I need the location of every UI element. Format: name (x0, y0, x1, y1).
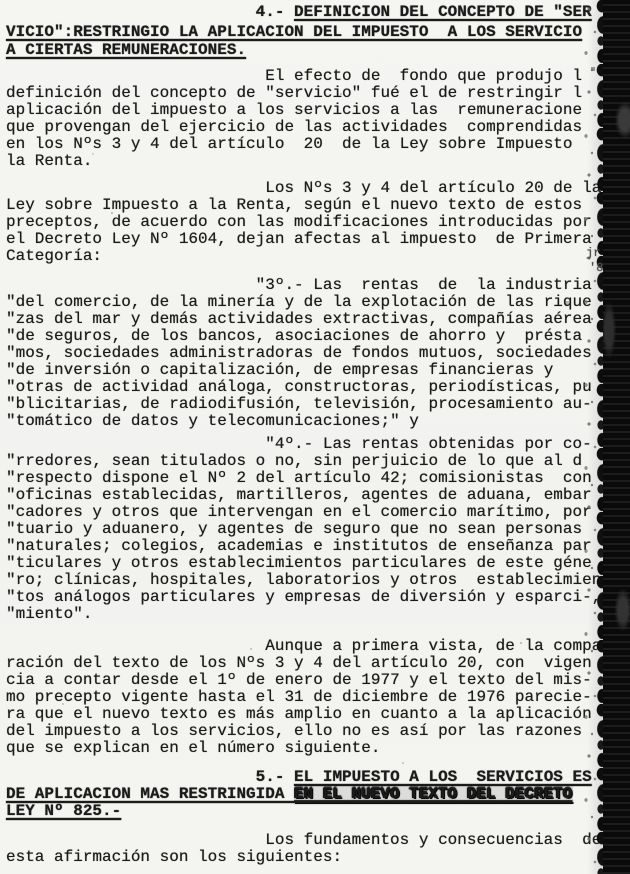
text-line: la Renta. (6, 153, 630, 170)
text-segment: aplicación del impuesto a los servicios … (6, 101, 582, 119)
text-segment: "zas del mar y demás actividades extract… (6, 310, 592, 328)
text-segment: cia a contar desde el 1º de enero de 197… (6, 671, 592, 689)
text-segment: ración del texto de los Nºs 3 y 4 del ar… (6, 654, 592, 672)
text-segment: del impuesto a los servicios, ello no es… (6, 722, 582, 740)
text-segment: mo precepto vigente hasta el 31 de dicie… (6, 688, 592, 706)
text-line: 4.- DEFINICION DEL CONCEPTO DE "SER (6, 4, 630, 21)
text-segment: 4.- (256, 3, 294, 21)
text-segment: ra que el nuevo texto es más amplio en c… (6, 705, 592, 723)
text-segment: preceptos, de acuerdo con las modificaci… (6, 213, 592, 231)
text-line: "tuario y aduanero, y agentes de seguro … (6, 521, 630, 538)
text-segment: que se explican en el número siguiente. (6, 739, 380, 757)
text-line: cia a contar desde el 1º de enero de 197… (6, 672, 630, 689)
text-segment: DE APLICACION MAS RESTRINGIDA (6, 785, 294, 803)
text-line: definición del concepto de "servicio" fu… (6, 85, 630, 102)
ink-bleed-artifact: '8 (589, 261, 603, 275)
text-segment: "tos análogos particulares y empresas de… (6, 588, 601, 606)
text-segment: EN EL NUEVO TEXTO DEL DECRETO (294, 785, 572, 803)
text-line: "tos análogos particulares y empresas de… (6, 589, 630, 606)
text-line: "rredores, sean titulados o no, sin perj… (6, 453, 630, 470)
text-line: "zas del mar y demás actividades extract… (6, 311, 630, 328)
text-line: El efecto de fondo que produjo l (6, 68, 630, 85)
text-line: "naturales; colegios, academias e instit… (6, 538, 630, 555)
text-segment: A CIERTAS REMUNERACIONES. (6, 41, 246, 59)
text-line: A CIERTAS REMUNERACIONES. (6, 42, 630, 59)
text-line: que provengan del ejercicio de las activ… (6, 119, 630, 136)
text-segment: "mos, sociedades administradoras de fond… (6, 344, 592, 362)
text-line: ra que el nuevo texto es más amplio en c… (6, 706, 630, 723)
text-line: LEY Nº 825.- (6, 803, 630, 820)
text-segment: "miento". (6, 605, 92, 623)
text-line: "otras de actividad análoga, constructor… (6, 379, 630, 396)
text-segment: Ley sobre Impuesto a la Renta, según el … (6, 196, 582, 214)
scanned-document-page: 4.- DEFINICION DEL CONCEPTO DE "SERVICIO… (0, 0, 630, 874)
text-segment: LEY Nº 825.- (6, 802, 121, 820)
text-segment: "respecto dispone el Nº 2 del artículo 4… (6, 469, 592, 487)
document-text: 4.- DEFINICION DEL CONCEPTO DE "SERVICIO… (6, 0, 630, 866)
text-line: mo precepto vigente hasta el 31 de dicie… (6, 689, 630, 706)
text-line: "oficinas establecidas, martilleros, age… (6, 487, 630, 504)
text-line: 5.- EL IMPUESTO A LOS SERVICIOS ES (6, 769, 630, 786)
text-line: VICIO":RESTRINGIO LA APLICACION DEL IMPU… (6, 24, 630, 41)
text-line: "ticulares y otros establecimientos part… (6, 555, 630, 572)
text-segment: "3º.- Las rentas de la industria (256, 276, 592, 294)
text-line: Aunque a primera vista, de la compa (6, 638, 630, 655)
text-segment: "de seguros, de los bancos, asociaciones… (6, 327, 582, 345)
text-segment: "tuario y aduanero, y agentes de seguro … (6, 520, 582, 538)
text-segment: El efecto de fondo que produjo l (265, 67, 582, 85)
text-segment: "otras de actividad análoga, constructor… (6, 378, 592, 396)
text-line: del impuesto a los servicios, ello no es… (6, 723, 630, 740)
text-segment: "ticulares y otros establecimientos part… (6, 554, 592, 572)
text-line: "tomático de datos y telecomunicaciones;… (6, 413, 630, 430)
text-line: "miento". (6, 606, 630, 623)
text-line: "3º.- Las rentas de la industria (6, 277, 630, 294)
text-segment: "4º.- Las rentas obtenidas por co- (265, 435, 591, 453)
text-segment: "blicitarias, de radiodifusión, televisi… (6, 395, 592, 413)
text-line: "cadores y otros que intervengan en el c… (6, 504, 630, 521)
text-line: aplicación del impuesto a los servicios … (6, 102, 630, 119)
text-segment: esta afirmación son los siguientes: (6, 848, 342, 866)
text-line: preceptos, de acuerdo con las modificaci… (6, 214, 630, 231)
text-segment: "tomático de datos y telecomunicaciones;… (6, 412, 419, 430)
text-line: "ro; clínicas, hospitales, laboratorios … (6, 572, 630, 589)
text-segment: "cadores y otros que intervengan en el c… (6, 503, 592, 521)
text-segment: Los fundamentos y consecuencias de (265, 831, 601, 849)
text-segment: Aunque a primera vista, de la compa (265, 637, 601, 655)
text-segment: definición del concepto de "servicio" fu… (6, 84, 582, 102)
text-segment: "rredores, sean titulados o no, sin perj… (6, 452, 582, 470)
text-line: "blicitarias, de radiodifusión, televisi… (6, 396, 630, 413)
text-segment: "ro; clínicas, hospitales, laboratorios … (6, 571, 601, 589)
text-line: esta afirmación son los siguientes: (6, 849, 630, 866)
text-segment: "de inversión o capitalización, de empre… (6, 361, 553, 379)
text-segment: el Decreto Ley Nº 1604, dejan afectas al… (6, 230, 592, 248)
text-segment: Los Nºs 3 y 4 del artículo 20 de la (265, 179, 601, 197)
text-line: en los Nºs 3 y 4 del artículo 20 de la L… (6, 136, 630, 153)
text-line: "de inversión o capitalización, de empre… (6, 362, 630, 379)
text-line: ración del texto de los Nºs 3 y 4 del ar… (6, 655, 630, 672)
text-segment: en los Nºs 3 y 4 del artículo 20 de la L… (6, 135, 573, 153)
text-line: que se explican en el número siguiente. (6, 740, 630, 757)
text-line: "mos, sociedades administradoras de fond… (6, 345, 630, 362)
text-segment: la Renta. (6, 152, 92, 170)
text-line: Ley sobre Impuesto a la Renta, según el … (6, 197, 630, 214)
text-line: "del comercio, de la minería y de la exp… (6, 294, 630, 311)
text-segment: Categoría: (6, 247, 102, 265)
text-line: Los Nºs 3 y 4 del artículo 20 de la (6, 180, 630, 197)
text-segment: EL IMPUESTO A LOS SERVICIOS ES (294, 768, 592, 786)
text-segment: "del comercio, de la minería y de la exp… (6, 293, 592, 311)
text-segment: que provengan del ejercicio de las activ… (6, 118, 582, 136)
text-line: Categoría: (6, 248, 630, 265)
text-line: "4º.- Las rentas obtenidas por co- (6, 436, 630, 453)
paper-noise (0, 0, 2, 2)
text-segment: VICIO":RESTRINGIO LA APLICACION DEL IMPU… (6, 23, 582, 41)
scan-edge-band (603, 0, 630, 874)
text-segment: "naturales; colegios, academias e instit… (6, 537, 592, 555)
text-segment: "oficinas establecidas, martilleros, age… (6, 486, 592, 504)
text-line: DE APLICACION MAS RESTRINGIDA EN EL NUEV… (6, 786, 630, 803)
text-line: "respecto dispone el Nº 2 del artículo 4… (6, 470, 630, 487)
text-segment: 5.- (256, 768, 294, 786)
text-line: "de seguros, de los bancos, asociaciones… (6, 328, 630, 345)
text-line: el Decreto Ley Nº 1604, dejan afectas al… (6, 231, 630, 248)
ink-bleed-artifact: jr (586, 246, 600, 260)
text-segment: DEFINICION DEL CONCEPTO DE "SER (294, 3, 592, 21)
text-line: Los fundamentos y consecuencias de (6, 832, 630, 849)
